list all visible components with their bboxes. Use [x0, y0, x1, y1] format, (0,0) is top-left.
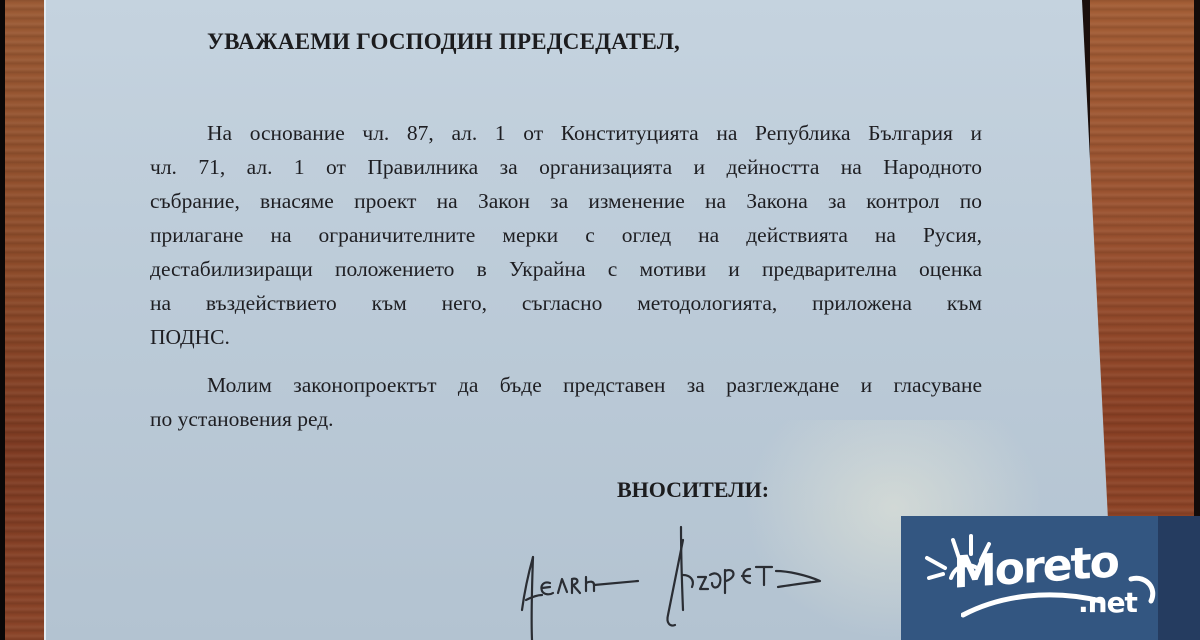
text-line: Молим законопроектът да бъде представен …	[150, 368, 982, 402]
paragraph-1: На основание чл. 87, ал. 1 от Конституци…	[150, 116, 982, 354]
moreto-watermark: Moreto .net	[901, 516, 1200, 640]
watermark-edge-shade	[1158, 516, 1200, 640]
logo-suffix-text: .net	[1078, 586, 1137, 619]
text-line: по установения ред.	[150, 402, 982, 436]
document-body: На основание чл. 87, ал. 1 от Конституци…	[150, 116, 982, 436]
paragraph-2: Молим законопроектът да бъде представен …	[150, 368, 982, 436]
signers-label: ВНОСИТЕЛИ:	[617, 477, 769, 503]
text-line: ПОДНС.	[150, 320, 982, 354]
text-line: събрание, внасяме проект на Закон за изм…	[150, 184, 982, 218]
text-line: На основание чл. 87, ал. 1 от Конституци…	[150, 116, 982, 150]
wood-table-left	[5, 0, 45, 640]
text-line: дестабилизиращи положението в Украйна с …	[150, 252, 982, 286]
text-line: прилагане на ограничителните мерки с огл…	[150, 218, 982, 252]
text-line: чл. 71, ал. 1 от Правилника за организац…	[150, 150, 982, 184]
signature-icon	[520, 515, 840, 640]
document-heading: УВАЖАЕМИ ГОСПОДИН ПРЕДСЕДАТЕЛ,	[207, 29, 680, 55]
text-line: на въздействието към него, съгласно мето…	[150, 286, 982, 320]
